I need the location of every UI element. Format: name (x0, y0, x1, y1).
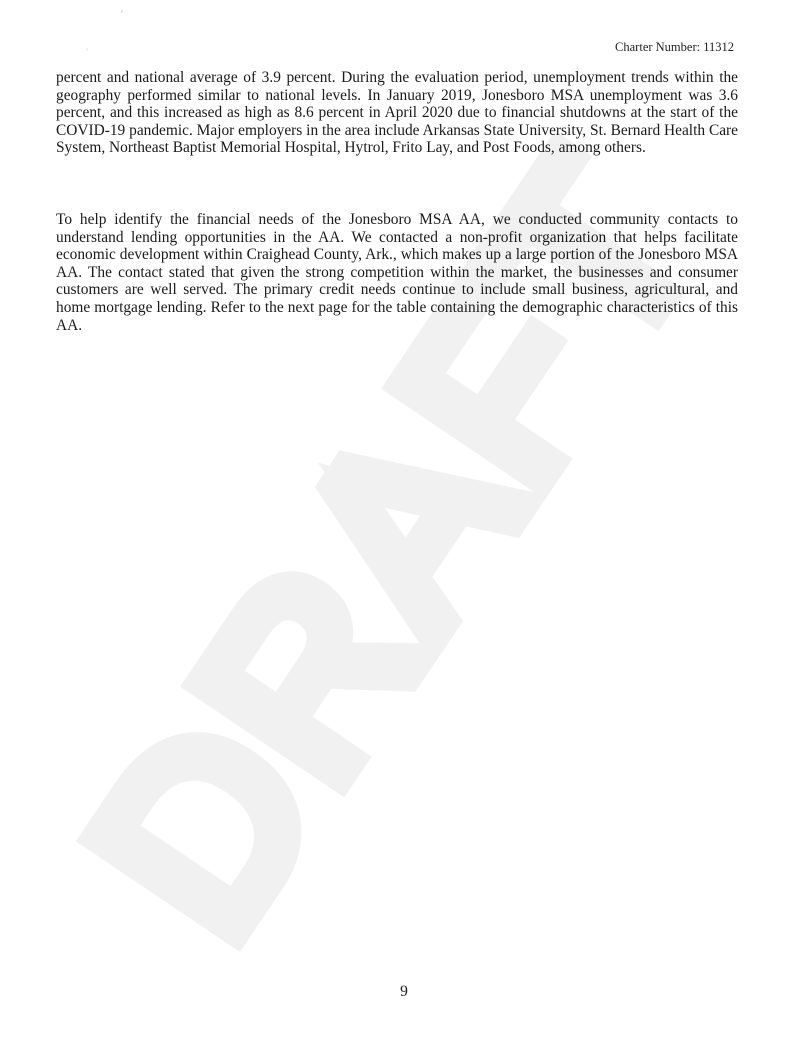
scan-speck (121, 10, 123, 13)
charter-number-header: Charter Number: 11312 (615, 40, 734, 55)
page-number: 9 (0, 983, 808, 1001)
paragraph-community-contacts: To help identify the financial needs of … (56, 211, 738, 334)
paragraph-unemployment: percent and national average of 3.9 perc… (56, 69, 738, 157)
scan-speck (86, 48, 88, 51)
paragraph-text: percent and national average of 3.9 perc… (56, 69, 738, 157)
paragraph-text: To help identify the financial needs of … (56, 211, 738, 334)
document-page: DRAFT Charter Number: 11312 percent and … (0, 0, 808, 1046)
